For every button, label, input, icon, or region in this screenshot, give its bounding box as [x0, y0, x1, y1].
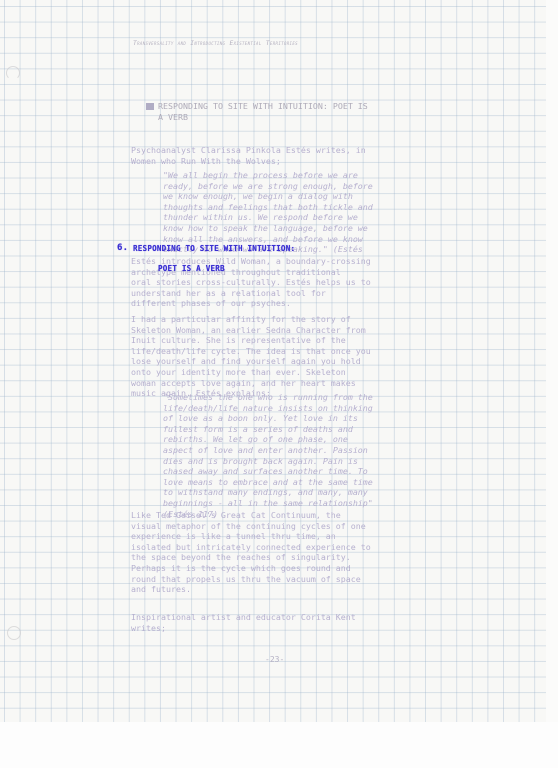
- section-bullet-icon: [146, 103, 154, 110]
- section-title-line1: RESPONDING TO SITE WITH INTUITION: POET …: [158, 101, 368, 111]
- paragraph-skeleton-woman: I had a particular affinity for the stor…: [131, 314, 371, 399]
- typed-section-number: 6.: [117, 243, 128, 253]
- block-quote-estes-1: "We all begin the process before we are …: [163, 170, 373, 255]
- paragraph-corita-kent: Inspirational artist and educator Corita…: [131, 612, 356, 633]
- block-quote-estes-2: "Sometimes the one who is running from t…: [163, 392, 373, 519]
- section-title-line2: A VERB: [146, 112, 188, 122]
- paragraph-geisel: Like Ted Geisel's Great Cat Continuum, t…: [131, 510, 371, 563]
- punch-hole-mark: [7, 626, 21, 640]
- paragraph-cycle: Perhaps it is the cycle which goes round…: [131, 563, 361, 595]
- paragraph-intro: Psychoanalyst Clarissa Pinkola Estés wri…: [131, 145, 366, 166]
- running-head: Transversality and Introducting Existent…: [133, 40, 298, 47]
- scanner-bed-margin: [0, 722, 558, 768]
- section-title: RESPONDING TO SITE WITH INTUITION: POET …: [146, 101, 368, 122]
- graph-paper-page: Transversality and Introducting Existent…: [0, 0, 546, 723]
- punch-hole-mark: [6, 66, 20, 80]
- typed-heading-line2: POET IS A VERB: [158, 264, 225, 273]
- typed-heading-line1: RESPONDING TO SITE WITH INTUITION:: [133, 244, 295, 253]
- page-number: -23-: [265, 655, 284, 666]
